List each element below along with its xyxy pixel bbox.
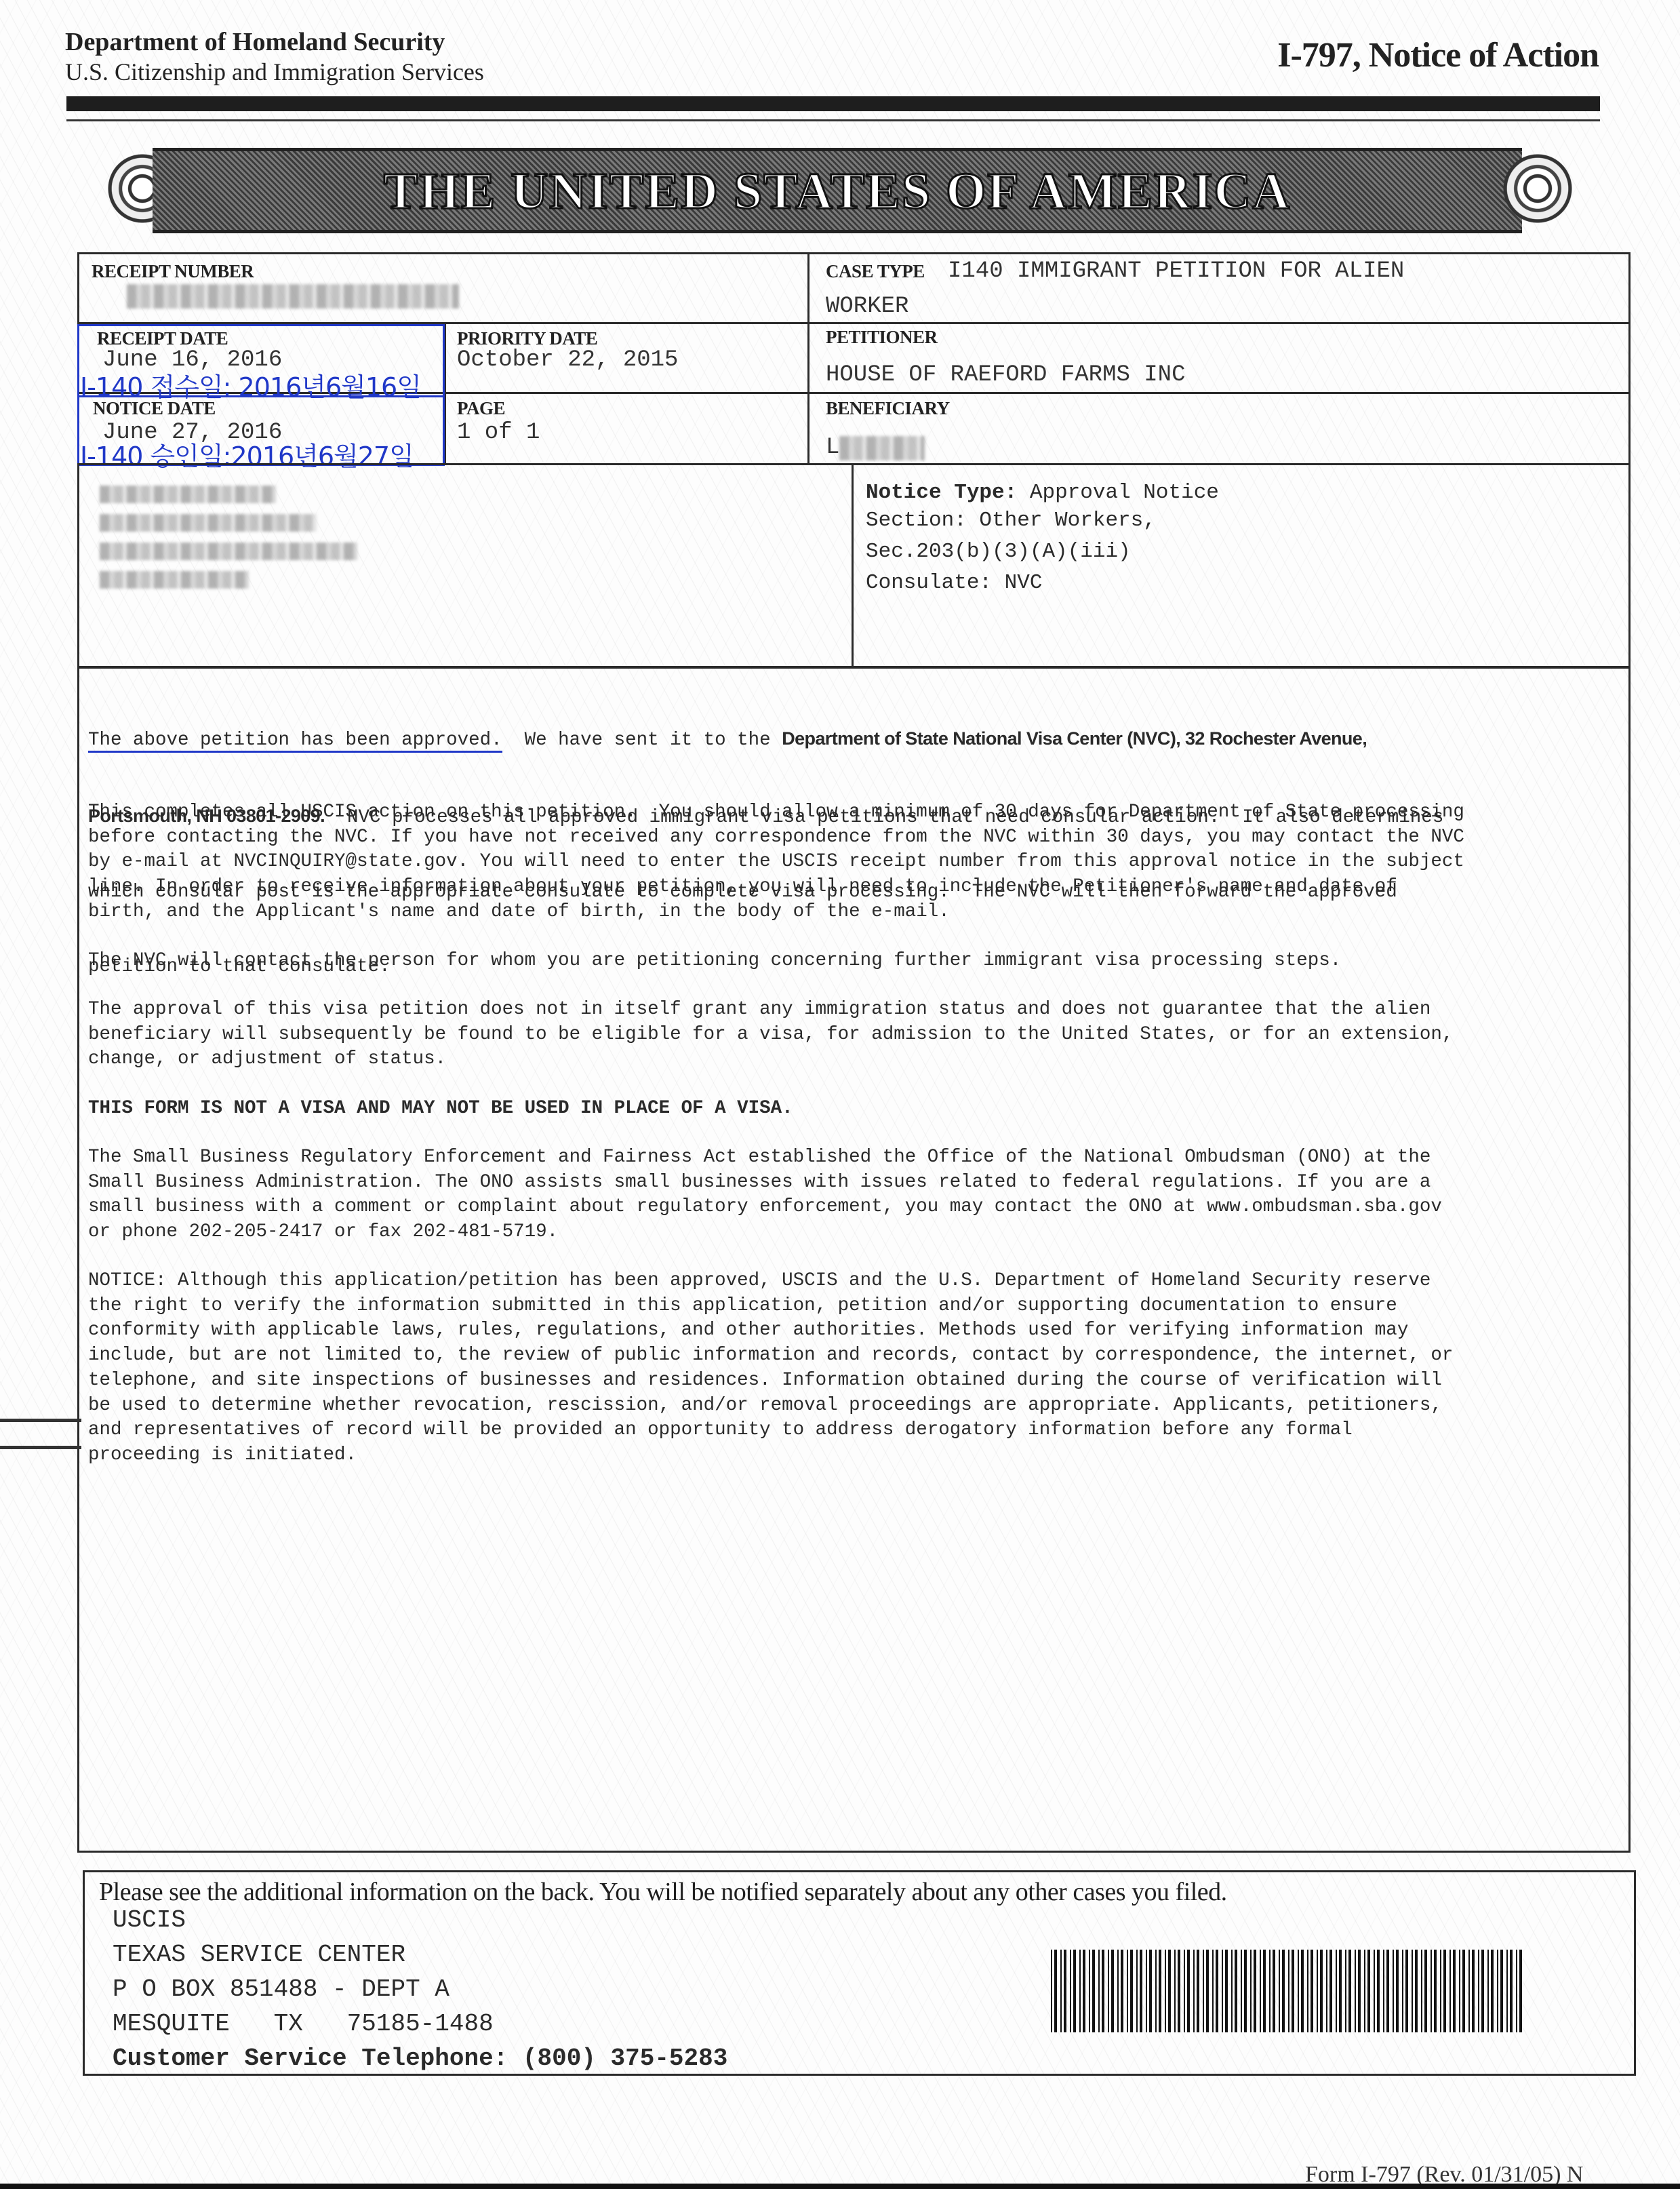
- section-line-2: Sec.203(b)(3)(A)(iii): [866, 540, 1131, 564]
- agency-line-2: U.S. Citizenship and Immigration Service…: [65, 57, 484, 87]
- scan-edge: [0, 2184, 1680, 2189]
- margin-mark: [0, 1419, 81, 1422]
- case-type-value-line2: WORKER: [826, 294, 908, 319]
- notice-type-value: Approval Notice: [1030, 481, 1219, 505]
- address-line-4: MESQUITE TX 75185-1488: [113, 2007, 494, 2041]
- beneficiary-label: BENEFICIARY: [826, 398, 950, 419]
- receipt-number-box: RECEIPT NUMBER: [77, 252, 809, 324]
- nvc-address: Department of State National Visa Center…: [782, 728, 1367, 749]
- paragraph-verification-notice: NOTICE: Although this application/petiti…: [88, 1269, 1614, 1468]
- paragraph-ombudsman: The Small Business Regulatory Enforcemen…: [88, 1145, 1614, 1245]
- approval-text: We have sent it to the: [502, 730, 782, 751]
- approved-statement: The above petition has been approved.: [88, 730, 502, 753]
- margin-mark: [0, 1446, 81, 1449]
- priority-date-value: October 22, 2015: [457, 347, 678, 373]
- address-line-redacted: [100, 486, 276, 503]
- beneficiary-box: BENEFICIARY L: [807, 392, 1631, 465]
- notice-type-line: Notice Type: Approval Notice: [866, 477, 1219, 509]
- receipt-number-label: RECEIPT NUMBER: [92, 261, 254, 282]
- banner-text: THE UNITED STATES OF AMERICA: [153, 162, 1522, 221]
- case-type-label: CASE TYPE: [826, 261, 925, 282]
- petitioner-box: PETITIONER HOUSE OF RAEFORD FARMS INC: [807, 322, 1631, 394]
- notice-type-box: Notice Type: Approval Notice Section: Ot…: [852, 463, 1631, 668]
- consulate-line: Consulate: NVC: [866, 571, 1042, 595]
- paragraph-nvc-contact: This completes all USCIS action on this …: [88, 800, 1614, 925]
- header-thin-divider: [66, 119, 1600, 121]
- address-line-3: P O BOX 851488 - DEPT A: [113, 1972, 449, 2007]
- paragraph-status-disclaimer: The approval of this visa petition does …: [88, 998, 1614, 1072]
- address-line-2: TEXAS SERVICE CENTER: [113, 1937, 405, 1972]
- address-line-redacted: [100, 543, 357, 560]
- agency-header: Department of Homeland Security U.S. Cit…: [65, 27, 484, 87]
- address-line-redacted: [100, 571, 249, 589]
- petitioner-value: HOUSE OF RAEFORD FARMS INC: [826, 362, 1186, 388]
- notice-type-label: Notice Type:: [866, 481, 1017, 505]
- agency-line-1: Department of Homeland Security: [65, 27, 484, 57]
- paragraph-not-a-visa: THIS FORM IS NOT A VISA AND MAY NOT BE U…: [88, 1097, 1614, 1122]
- form-title: I-797, Notice of Action: [1277, 35, 1599, 75]
- petitioner-label: PETITIONER: [826, 327, 938, 348]
- beneficiary-initial: L: [826, 435, 839, 460]
- rosette-ornament-icon: [1497, 146, 1578, 231]
- address-line-1: USCIS: [113, 1903, 186, 1937]
- usa-banner: THE UNITED STATES OF AMERICA: [153, 148, 1522, 233]
- beneficiary-redacted: [839, 436, 925, 460]
- customer-service-phone: Customer Service Telephone: (800) 375-52…: [113, 2041, 727, 2076]
- page-label: PAGE: [457, 398, 505, 419]
- case-type-box: CASE TYPE I140 IMMIGRANT PETITION FOR AL…: [807, 252, 1631, 324]
- additional-info-note: Please see the additional information on…: [99, 1877, 1227, 1907]
- priority-date-box: PRIORITY DATE October 22, 2015: [444, 322, 809, 394]
- page-box: PAGE 1 of 1: [444, 392, 809, 465]
- barcode: [1051, 1950, 1525, 2032]
- section-line-1: Section: Other Workers,: [866, 509, 1156, 532]
- address-line-redacted: [100, 514, 317, 532]
- header-divider: [66, 96, 1600, 111]
- receipt-number-redacted: [127, 284, 459, 309]
- page-value: 1 of 1: [457, 420, 540, 446]
- mailing-address-box: [77, 463, 854, 668]
- case-type-value-line1: I140 IMMIGRANT PETITION FOR ALIEN: [948, 258, 1404, 284]
- paragraph-nvc-steps: The NVC will contact the person for whom…: [88, 949, 1614, 974]
- priority-date-label: PRIORITY DATE: [457, 328, 597, 349]
- receipt-date-annotation: I-140 접수일: 2016년6월16일: [80, 366, 421, 403]
